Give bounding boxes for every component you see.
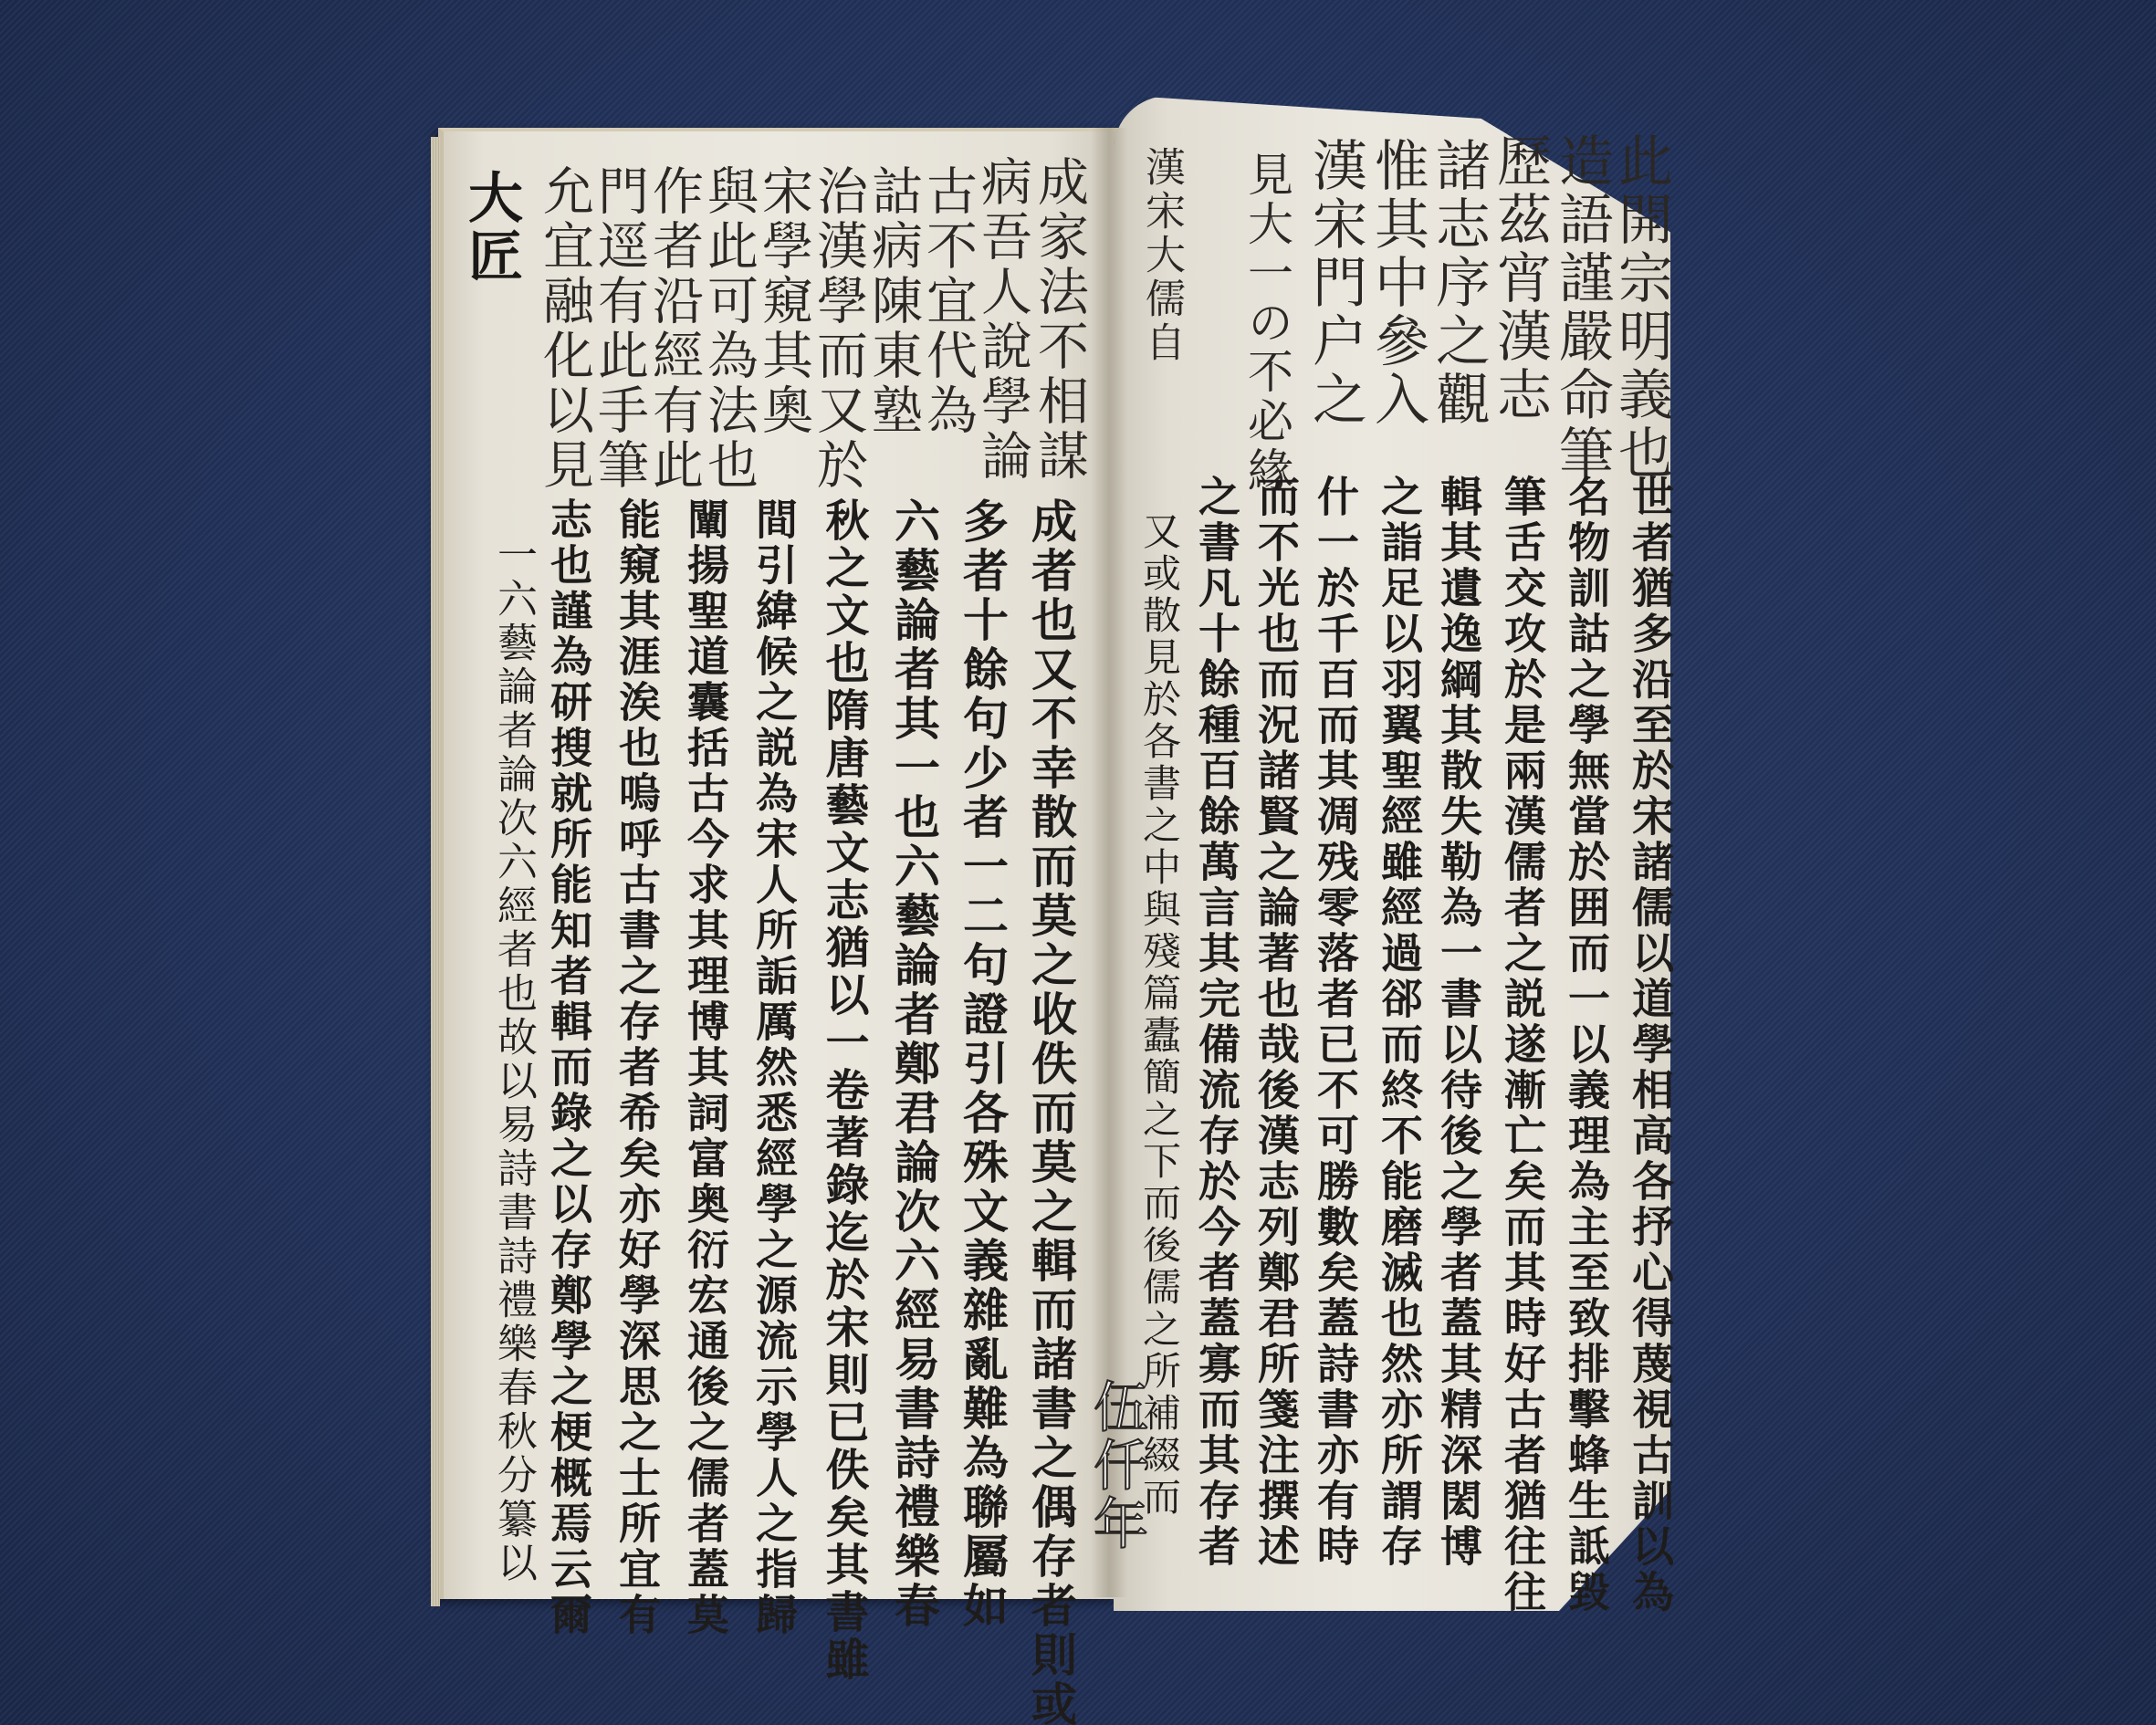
left-main-col-1: 成者也又不幸散而莫之收佚而莫之輯而諸書之偶存者則或 [1018,497,1083,1725]
right-main-col-8: 之書凡十餘種百餘萬言其完備流存於今者蓋寡而其存者 [1187,475,1247,1570]
right-note-7: 見大一の不必緣 [1234,151,1300,496]
right-main-col-4: 輯其遺逸綱其散失勒為一書以待後之學者蓋其精深閎博 [1429,475,1489,1570]
open-manuscript-book: 大匠 成家法不相謀 病吾人說學論 古不宜代為 詁病陳東塾 治漢學而又於 宋學窺其… [0,0,2156,1725]
right-main-col-3: 筆舌交攻於是兩漢儒者之説遂漸亡矣而其時好古者猶往往 [1492,475,1553,1615]
right-main-col-1: 世者猶多沿至於宋諸儒以道學相高各抒心得蔑視古訓以為 [1620,475,1680,1615]
left-main-col-9: 一六藝論者論次六經者也故以易詩書詩禮樂春秋分纂以 [484,534,542,1585]
left-main-col-7: 能窺其涯涘也嗚呼古書之存者希矣亦好學深思之士所宜有 [607,497,667,1638]
right-main-col-6: 什一於千百而其凋残零落者已不可勝數矣蓋詩書亦有時 [1305,475,1366,1570]
right-main-col-9: 又或散見於各書之中與殘篇蠹簡之下而後儒之所補綴而 [1132,511,1187,1519]
book-gutter [1091,128,1127,1597]
right-main-col-2: 名物訓詁之學無當於囲而一以義理為主至致排擊蜂生詆毀 [1556,475,1617,1615]
right-note-8: 漢宋大儒自 [1132,146,1190,365]
gutter-stamp: 伍仟年 [1077,1378,1156,1553]
left-main-col-6: 闡揚聖道囊括古今求其理博其詞富奥衍宏通後之儒者蓋莫 [675,497,736,1638]
left-main-col-2: 多者十餘句少者一二句證引各殊文義雜亂難為聯屬如 [949,497,1015,1631]
right-note-6: 漢宋門户之 [1296,137,1375,429]
left-main-col-4: 秋之文也隋唐藝文志猶以一卷著錄迄於宋則已佚矣其書雖 [812,497,875,1684]
right-main-col-5: 之詣足以羽翼聖經雖經過郤而終不能磨滅也然亦所謂存 [1369,475,1429,1570]
left-main-col-8: 志也謹為研搜就所能知者輯而錄之以存鄭學之梗概焉云爾 [539,497,599,1638]
right-main-col-7: 而不光也而況諸賢之論著也哉後漢志列鄭君所箋注撰述 [1246,475,1306,1570]
margin-mark: 大匠 [452,169,530,286]
left-main-col-3: 六藝論者其一也六藝論者鄭君論次六經易書詩禮樂春 [881,497,947,1631]
left-note-10: 允宜融化以見 [528,164,601,493]
left-main-col-5: 間引緯候之説為宋人所詬厲然悉經學之源流示學人之指歸 [744,497,804,1638]
